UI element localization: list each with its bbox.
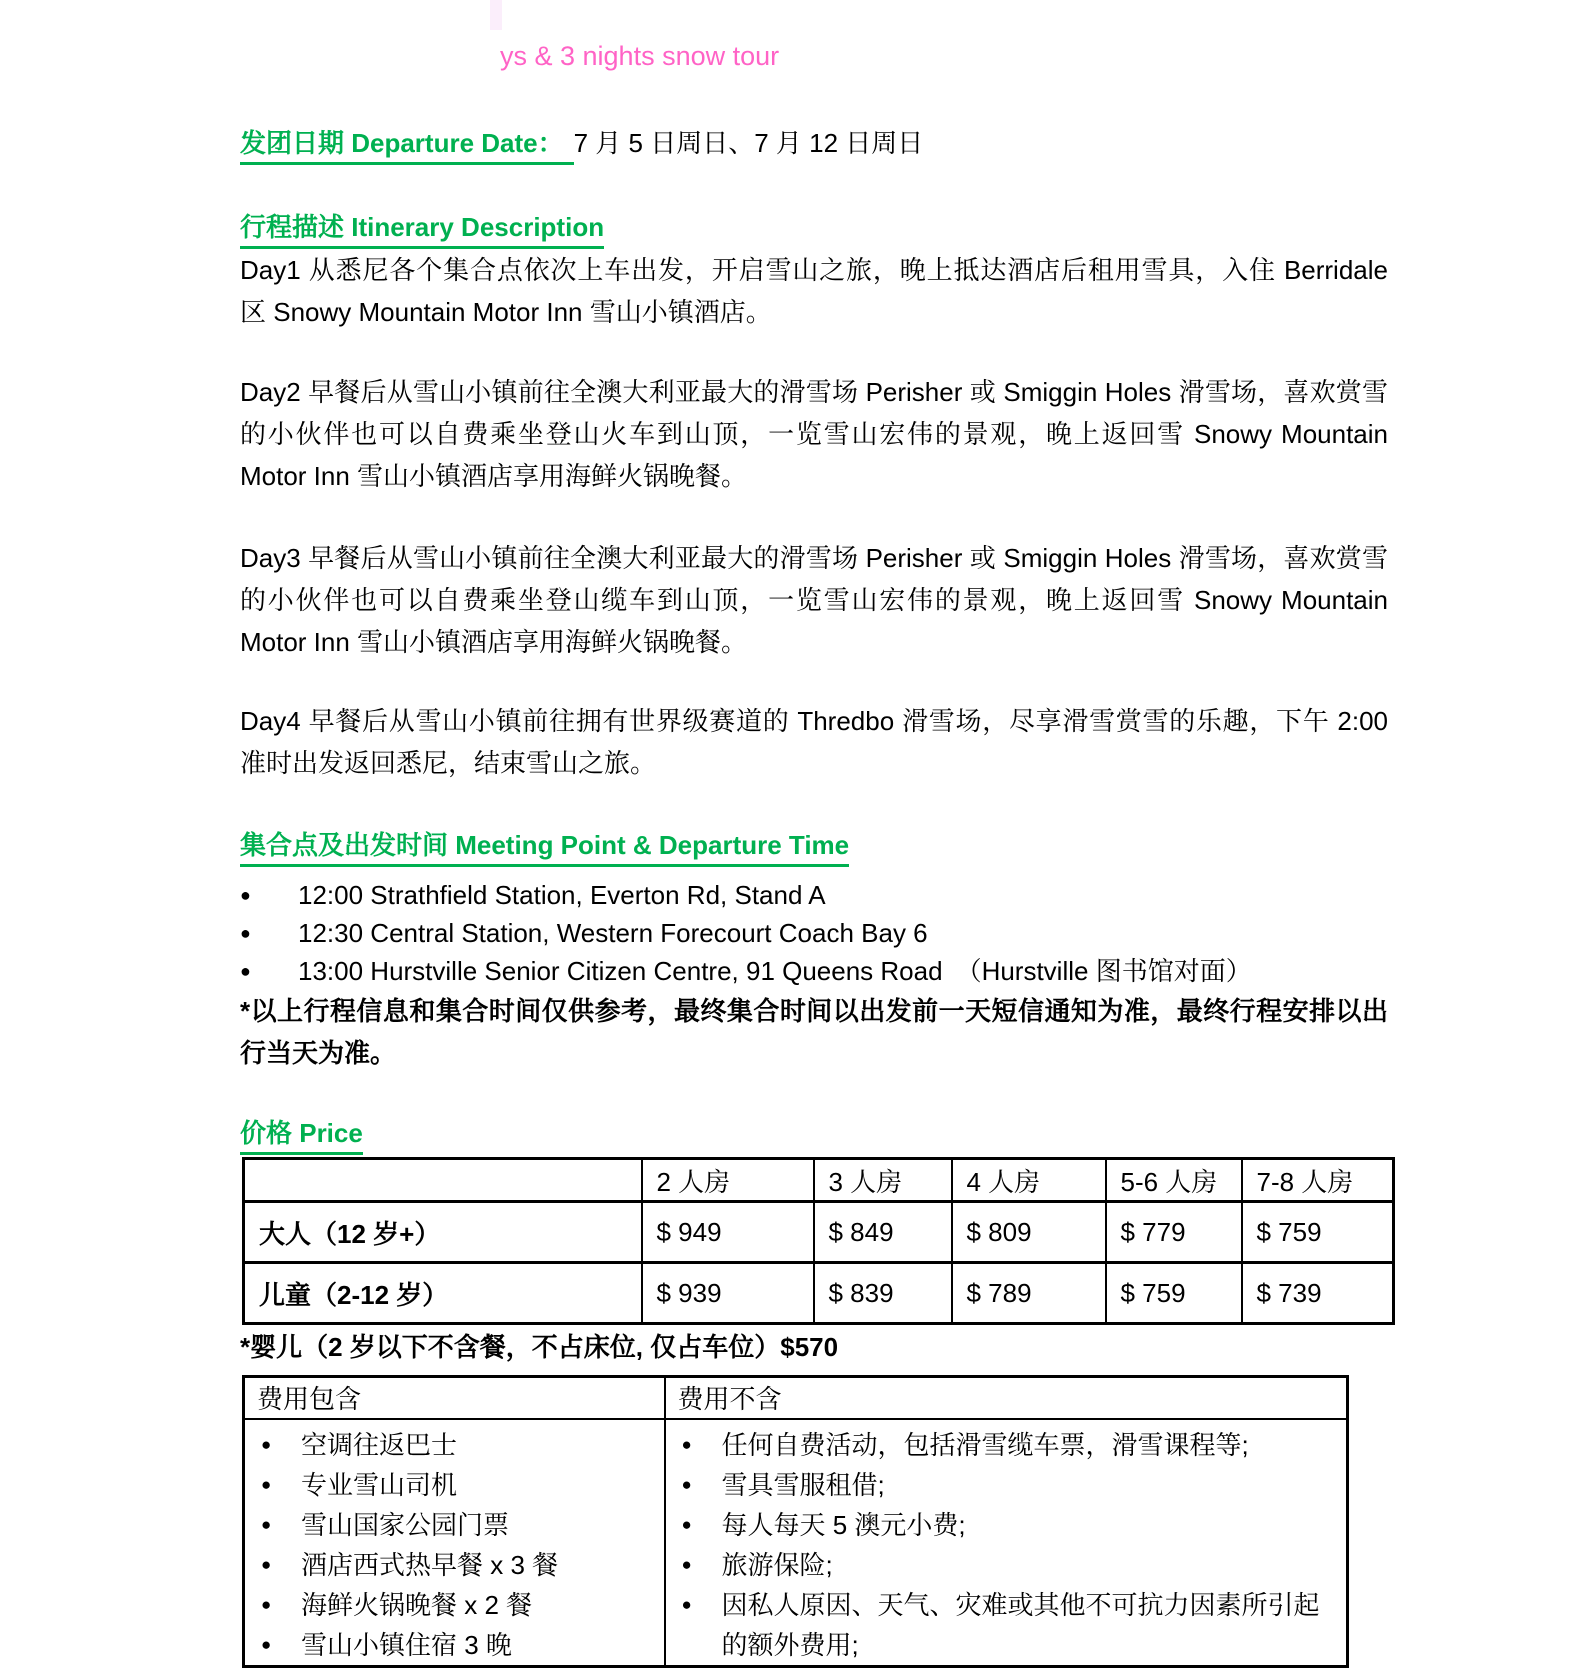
price-cell: $ 759 (1106, 1263, 1242, 1324)
fees-header-row: 费用包含 费用不含 (244, 1377, 1348, 1419)
price-cell: $ 759 (1242, 1202, 1394, 1263)
meeting-point-item: ● 12:30 Central Station, Western Forecou… (240, 912, 1388, 954)
departure-date-label: 发团日期 Departure Date： (240, 126, 574, 165)
bullet-icon: ● (666, 1505, 722, 1545)
fee-excluded-item: ● 因私人原因、天气、灾难或其他不可抗力因素所引起的额外费用; (666, 1585, 1347, 1665)
meeting-point-item: ● 12:00 Strathfield Station, Everton Rd,… (240, 874, 1388, 916)
departure-date-value: 7 月 5 日周日、7 月 12 日周日 (574, 128, 924, 158)
document-page: ys & 3 nights snow tour 发团日期 Departure D… (0, 0, 1588, 1669)
meeting-point-text: 12:00 Strathfield Station, Everton Rd, S… (298, 874, 826, 916)
itinerary-day4: Day4 早餐后从雪山小镇前往拥有世界级赛道的 Thredbo 滑雪场，尽享滑雪… (240, 700, 1388, 784)
bullet-icon: ● (245, 1585, 301, 1625)
bullet-icon: ● (240, 950, 298, 992)
price-header-cell (244, 1159, 642, 1202)
fee-included-text: 空调往返巴士 (301, 1425, 664, 1465)
infant-note: *婴儿（2 岁以下不含餐，不占床位, 仅占车位）$570 (240, 1326, 1388, 1368)
price-cell: $ 779 (1106, 1202, 1242, 1263)
fee-included-item: ● 雪山国家公园门票 (245, 1505, 664, 1545)
meeting-note: *以上行程信息和集合时间仅供参考，最终集合时间以出发前一天短信通知为准，最终行程… (240, 990, 1388, 1074)
departure-date-line: 发团日期 Departure Date：7 月 5 日周日、7 月 12 日周日 (240, 126, 923, 165)
price-header-cell: 2 人房 (642, 1159, 814, 1202)
bullet-icon: ● (245, 1425, 301, 1465)
fees-body-row: ● 空调往返巴士 ● 专业雪山司机 ● 雪山国家公园门票 ● 酒店西式热早餐 x… (244, 1419, 1348, 1667)
fee-included-text: 专业雪山司机 (301, 1465, 664, 1505)
price-cell: $ 739 (1242, 1263, 1394, 1324)
meeting-point-text: 13:00 Hurstville Senior Citizen Centre, … (298, 950, 1252, 992)
meeting-point-text: 12:30 Central Station, Western Forecourt… (298, 912, 928, 954)
itinerary-day2: Day2 早餐后从雪山小镇前往全澳大利亚最大的滑雪场 Perisher 或 Sm… (240, 371, 1388, 497)
fee-excluded-item: ● 任何自费活动，包括滑雪缆车票，滑雪课程等; (666, 1425, 1347, 1465)
fee-excluded-item: ● 旅游保险; (666, 1545, 1347, 1585)
fee-included-text: 酒店西式热早餐 x 3 餐 (301, 1545, 664, 1585)
document-title: ys & 3 nights snow tour (500, 40, 779, 72)
price-cell: $ 789 (952, 1263, 1106, 1324)
fee-included-item: ● 海鲜火锅晚餐 x 2 餐 (245, 1585, 664, 1625)
price-header-cell: 3 人房 (814, 1159, 952, 1202)
highlight-mark (490, 0, 502, 30)
fee-excluded-item: ● 每人每天 5 澳元小费; (666, 1505, 1347, 1545)
meeting-heading: 集合点及出发时间 Meeting Point & Departure Time (240, 828, 849, 867)
fees-included-cell: ● 空调往返巴士 ● 专业雪山司机 ● 雪山国家公园门票 ● 酒店西式热早餐 x… (244, 1419, 665, 1667)
fee-included-item: ● 专业雪山司机 (245, 1465, 664, 1505)
bullet-icon: ● (666, 1585, 722, 1625)
fee-excluded-item: ● 雪具雪服租借; (666, 1465, 1347, 1505)
price-cell: $ 939 (642, 1263, 814, 1324)
fee-excluded-text: 每人每天 5 澳元小费; (722, 1505, 1347, 1545)
bullet-icon: ● (240, 912, 298, 954)
fee-included-item: ● 空调往返巴士 (245, 1425, 664, 1465)
fees-included-header: 费用包含 (244, 1377, 665, 1419)
price-table-row-child: 儿童（2-12 岁） $ 939 $ 839 $ 789 $ 759 $ 739 (244, 1263, 1394, 1324)
itinerary-day1: Day1 从悉尼各个集合点依次上车出发，开启雪山之旅，晚上抵达酒店后租用雪具，入… (240, 249, 1388, 333)
bullet-icon: ● (666, 1545, 722, 1585)
price-row-label: 大人（12 岁+） (244, 1202, 642, 1263)
price-heading-line: 价格 Price (240, 1116, 363, 1155)
fee-included-item: ● 雪山小镇住宿 3 晚 (245, 1625, 664, 1665)
bullet-icon: ● (666, 1465, 722, 1505)
bullet-icon: ● (245, 1625, 301, 1665)
price-header-cell: 7-8 人房 (1242, 1159, 1394, 1202)
price-heading: 价格 Price (240, 1116, 363, 1155)
price-cell: $ 809 (952, 1202, 1106, 1263)
price-table: 2 人房 3 人房 4 人房 5-6 人房 7-8 人房 大人（12 岁+） $… (242, 1157, 1395, 1325)
bullet-icon: ● (245, 1465, 301, 1505)
bullet-icon: ● (666, 1425, 722, 1465)
fee-excluded-text: 旅游保险; (722, 1545, 1347, 1585)
meeting-heading-line: 集合点及出发时间 Meeting Point & Departure Time (240, 828, 849, 867)
fee-included-text: 海鲜火锅晚餐 x 2 餐 (301, 1585, 664, 1625)
price-header-cell: 5-6 人房 (1106, 1159, 1242, 1202)
price-cell: $ 949 (642, 1202, 814, 1263)
fee-included-text: 雪山小镇住宿 3 晚 (301, 1625, 664, 1665)
itinerary-heading: 行程描述 Itinerary Description (240, 210, 604, 249)
price-row-label: 儿童（2-12 岁） (244, 1263, 642, 1324)
fees-table: 费用包含 费用不含 ● 空调往返巴士 ● 专业雪山司机 ● 雪山国家公园门票 ● (242, 1375, 1349, 1668)
price-cell: $ 839 (814, 1263, 952, 1324)
price-table-header-row: 2 人房 3 人房 4 人房 5-6 人房 7-8 人房 (244, 1159, 1394, 1202)
itinerary-day3: Day3 早餐后从雪山小镇前往全澳大利亚最大的滑雪场 Perisher 或 Sm… (240, 537, 1388, 663)
price-table-row-adult: 大人（12 岁+） $ 949 $ 849 $ 809 $ 779 $ 759 (244, 1202, 1394, 1263)
fee-included-text: 雪山国家公园门票 (301, 1505, 664, 1545)
fees-excluded-cell: ● 任何自费活动，包括滑雪缆车票，滑雪课程等; ● 雪具雪服租借; ● 每人每天… (665, 1419, 1348, 1667)
bullet-icon: ● (240, 874, 298, 916)
bullet-icon: ● (245, 1505, 301, 1545)
fee-included-item: ● 酒店西式热早餐 x 3 餐 (245, 1545, 664, 1585)
price-cell: $ 849 (814, 1202, 952, 1263)
price-header-cell: 4 人房 (952, 1159, 1106, 1202)
bullet-icon: ● (245, 1545, 301, 1585)
fee-excluded-text: 雪具雪服租借; (722, 1465, 1347, 1505)
fees-excluded-header: 费用不含 (665, 1377, 1348, 1419)
itinerary-heading-line: 行程描述 Itinerary Description (240, 210, 604, 249)
meeting-point-item: ● 13:00 Hurstville Senior Citizen Centre… (240, 950, 1388, 992)
fee-excluded-text: 因私人原因、天气、灾难或其他不可抗力因素所引起的额外费用; (722, 1585, 1347, 1665)
fee-excluded-text: 任何自费活动，包括滑雪缆车票，滑雪课程等; (722, 1425, 1347, 1465)
